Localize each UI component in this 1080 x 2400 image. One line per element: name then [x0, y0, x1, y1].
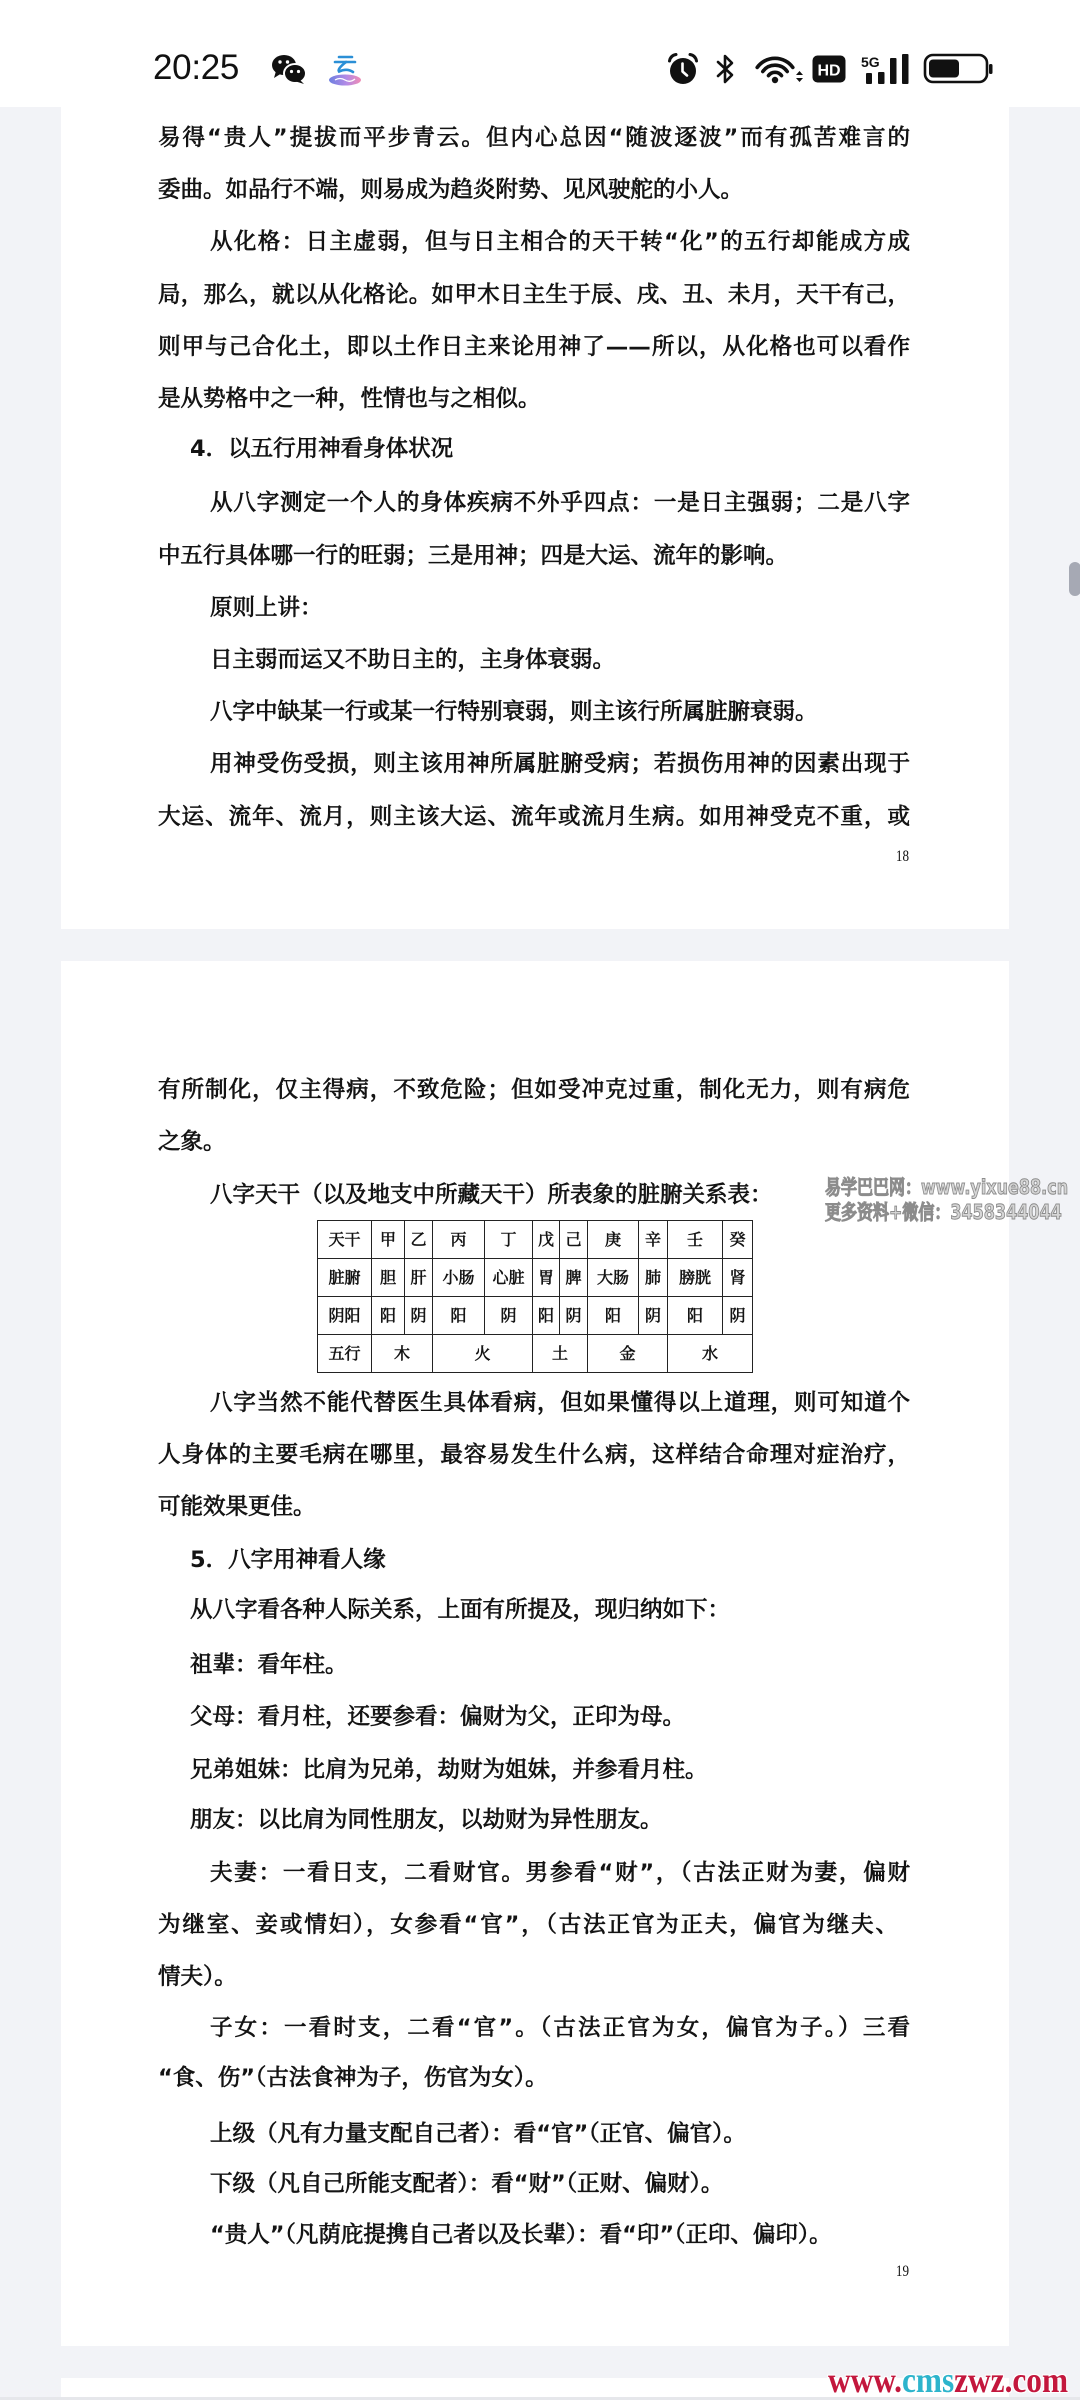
scrollbar-thumb[interactable] [1069, 562, 1080, 596]
text-line: 从八字测定一个人的身体疾病不外乎四点：一是日主强弱；二是八字 [210, 477, 910, 529]
cloud-app-icon [326, 53, 364, 87]
site-watermark: 易学巴巴网：www.yixue88.cn 更多资料+微信：3458344044 [825, 1175, 1068, 1225]
table-cell: 小肠 [433, 1259, 485, 1297]
text-line: 人身体的主要毛病在哪里，最容易发生什么病，这样结合命理对症治疗， [158, 1429, 910, 1481]
text-line: 情夫）。 [158, 1951, 237, 2003]
page-number: 19 [896, 2262, 909, 2282]
table-cell: 壬 [668, 1221, 723, 1259]
bluetooth-icon [713, 53, 739, 85]
table-row-five-elements: 五行 木 火 土 金 水 [318, 1335, 753, 1373]
text-line: 祖辈：看年柱。 [190, 1639, 348, 1691]
table-cell: 脾 [560, 1259, 588, 1297]
organ-relation-table: 天干 甲 乙 丙 丁 戊 己 庚 辛 壬 癸 脏腑 胆 肝 小肠 心脏 胃 脾 … [317, 1220, 753, 1373]
table-row-organs: 脏腑 胆 肝 小肠 心脏 胃 脾 大肠 肺 膀胱 肾 [318, 1259, 753, 1297]
text-line: 原则上讲： [210, 582, 323, 634]
table-cell: 阴 [639, 1297, 668, 1335]
text-line: 易得“贵人”提拔而平步青云。但内心总因“随波逐波”而有孤苦难言的 [158, 112, 910, 164]
table-cell: 肝 [405, 1259, 433, 1297]
network-type-label: 5G [861, 54, 880, 70]
table-cell: 阳 [533, 1297, 560, 1335]
alarm-icon [666, 52, 700, 86]
table-row-header: 阴阳 [318, 1297, 372, 1335]
table-cell: 甲 [372, 1221, 405, 1259]
table-cell: 阴 [723, 1297, 753, 1335]
table-cell: 土 [533, 1335, 588, 1373]
text-line: 子女：一看时支，二看“官”。（古法正官为女，偏官为子。）三看 [210, 2002, 910, 2054]
table-cell: 戊 [533, 1221, 560, 1259]
text-line: “食、伤”（古法食神为子，伤官为女）。 [158, 2052, 548, 2104]
table-cell: 辛 [639, 1221, 668, 1259]
5g-signal-icon: 5G [860, 52, 910, 84]
text-line: 日主弱而运又不助日主的，主身体衰弱。 [210, 634, 615, 686]
text-line: 父母：看月柱，还要参看：偏财为父，正印为母。 [190, 1691, 685, 1743]
text-line: 是从势格中之一种，性情也与之相似。 [158, 373, 541, 425]
watermark-suffix: zwz.com [954, 2360, 1068, 2400]
document-page-18: 易得“贵人”提拔而平步青云。但内心总因“随波逐波”而有孤苦难言的 委曲。如品行不… [61, 107, 1009, 929]
section-heading: 4．以五行用神看身体状况 [190, 423, 453, 475]
table-cell: 阳 [668, 1297, 723, 1335]
table-cell: 丙 [433, 1221, 485, 1259]
text-line: 中五行具体哪一行的旺弱；三是用神；四是大运、流年的影响。 [158, 530, 788, 582]
table-cell: 木 [372, 1335, 433, 1373]
watermark-line-site: 易学巴巴网：www.yixue88.cn [825, 1175, 1068, 1200]
status-bar: 20:25 HD [0, 0, 1080, 107]
text-line: 则甲与己合化土，即以土作日主来论用神了——所以，从化格也可以看作 [158, 321, 910, 373]
text-line: 局，那么，就以从化格论。如甲木日主生于辰、戌、丑、未月，天干有己， [158, 269, 910, 321]
hd-icon: HD [812, 55, 846, 83]
table-row-header: 五行 [318, 1335, 372, 1373]
text-line: 上级（凡有力量支配自己者）：看“官”（正官、偏官）。 [210, 2108, 746, 2160]
table-cell: 己 [560, 1221, 588, 1259]
document-viewer[interactable]: 易得“贵人”提拔而平步青云。但内心总因“随波逐波”而有孤苦难言的 委曲。如品行不… [0, 107, 1080, 2400]
table-cell: 金 [588, 1335, 668, 1373]
text-line: 从化格：日主虚弱，但与日主相合的天干转“化”的五行却能成方成 [210, 216, 910, 268]
text-line: 之象。 [158, 1116, 226, 1168]
table-cell: 乙 [405, 1221, 433, 1259]
text-line: 从八字看各种人际关系，上面有所提及，现归纳如下： [190, 1584, 730, 1636]
document-page-19: 有所制化，仅主得病，不致危险；但如受冲克过重，制化无力，则有病危 之象。 八字天… [61, 961, 1009, 2346]
text-line: 八字中缺某一行或某一行特别衰弱，则主该行所属脏腑衰弱。 [210, 686, 818, 738]
text-line: 夫妻：一看日支，二看财官。男参看“财”，（古法正财为妻，偏财 [210, 1847, 910, 1899]
text-line: 大运、流年、流月，则主该大运、流年或流月生病。如用神受克不重，或 [158, 791, 910, 843]
table-cell: 阴 [560, 1297, 588, 1335]
page-number: 18 [896, 847, 909, 867]
table-row-heavenly-stems: 天干 甲 乙 丙 丁 戊 己 庚 辛 壬 癸 [318, 1221, 753, 1259]
table-caption: 八字天干（以及地支中所藏天干）所表象的脏腑关系表： [210, 1169, 773, 1221]
watermark-prefix: www. [828, 2360, 902, 2400]
wifi-icon [755, 53, 804, 85]
text-line: 为继室、妾或情妇），女参看“官”，（古法正官为正夫，偏官为继夫、 [158, 1899, 898, 1951]
table-cell: 阳 [433, 1297, 485, 1335]
text-line: 朋友：以比肩为同性朋友，以劫财为异性朋友。 [190, 1794, 663, 1846]
text-line: 用神受伤受损，则主该用神所属脏腑受病；若损伤用神的因素出现于 [210, 738, 910, 790]
text-line: 可能效果更佳。 [158, 1481, 316, 1533]
table-cell: 阳 [588, 1297, 639, 1335]
text-line: 委曲。如品行不端，则易成为趋炎附势、见风驶舵的小人。 [158, 164, 743, 216]
table-cell: 丁 [485, 1221, 533, 1259]
table-cell: 肺 [639, 1259, 668, 1297]
text-line: “贵人”（凡荫庇提携自己者以及长辈）：看“印”（正印、偏印）。 [210, 2209, 832, 2261]
table-cell: 胆 [372, 1259, 405, 1297]
corner-watermark: www.cmszwz.com [828, 2362, 1068, 2398]
text-line: 有所制化，仅主得病，不致危险；但如受冲克过重，制化无力，则有病危 [158, 1064, 910, 1116]
table-cell: 大肠 [588, 1259, 639, 1297]
table-cell: 癸 [723, 1221, 753, 1259]
table-cell: 阳 [372, 1297, 405, 1335]
table-cell: 火 [433, 1335, 533, 1373]
table-row-header: 天干 [318, 1221, 372, 1259]
table-cell: 庚 [588, 1221, 639, 1259]
table-cell: 胃 [533, 1259, 560, 1297]
watermark-highlight: cms [902, 2360, 954, 2400]
table-cell: 肾 [723, 1259, 753, 1297]
section-heading: 5．八字用神看人缘 [190, 1534, 386, 1586]
table-cell: 阴 [485, 1297, 533, 1335]
table-row-header: 脏腑 [318, 1259, 372, 1297]
table-cell: 水 [668, 1335, 753, 1373]
text-line: 八字当然不能代替医生具体看病，但如果懂得以上道理，则可知道个 [210, 1377, 910, 1429]
table-cell: 阴 [405, 1297, 433, 1335]
table-cell: 心脏 [485, 1259, 533, 1297]
table-cell: 膀胱 [668, 1259, 723, 1297]
watermark-line-contact: 更多资料+微信：3458344044 [825, 1200, 1068, 1225]
text-line: 兄弟姐妹：比肩为兄弟，劫财为姐妹，并参看月柱。 [190, 1744, 708, 1796]
table-row-yin-yang: 阴阳 阳 阴 阳 阴 阳 阴 阳 阴 阳 阴 [318, 1297, 753, 1335]
status-time: 20:25 [153, 47, 239, 89]
hd-label: HD [817, 63, 840, 80]
text-line: 下级（凡自己所能支配者）：看“财”（正财、偏财）。 [210, 2158, 723, 2210]
battery-icon [923, 53, 995, 85]
wechat-icon [271, 54, 308, 85]
